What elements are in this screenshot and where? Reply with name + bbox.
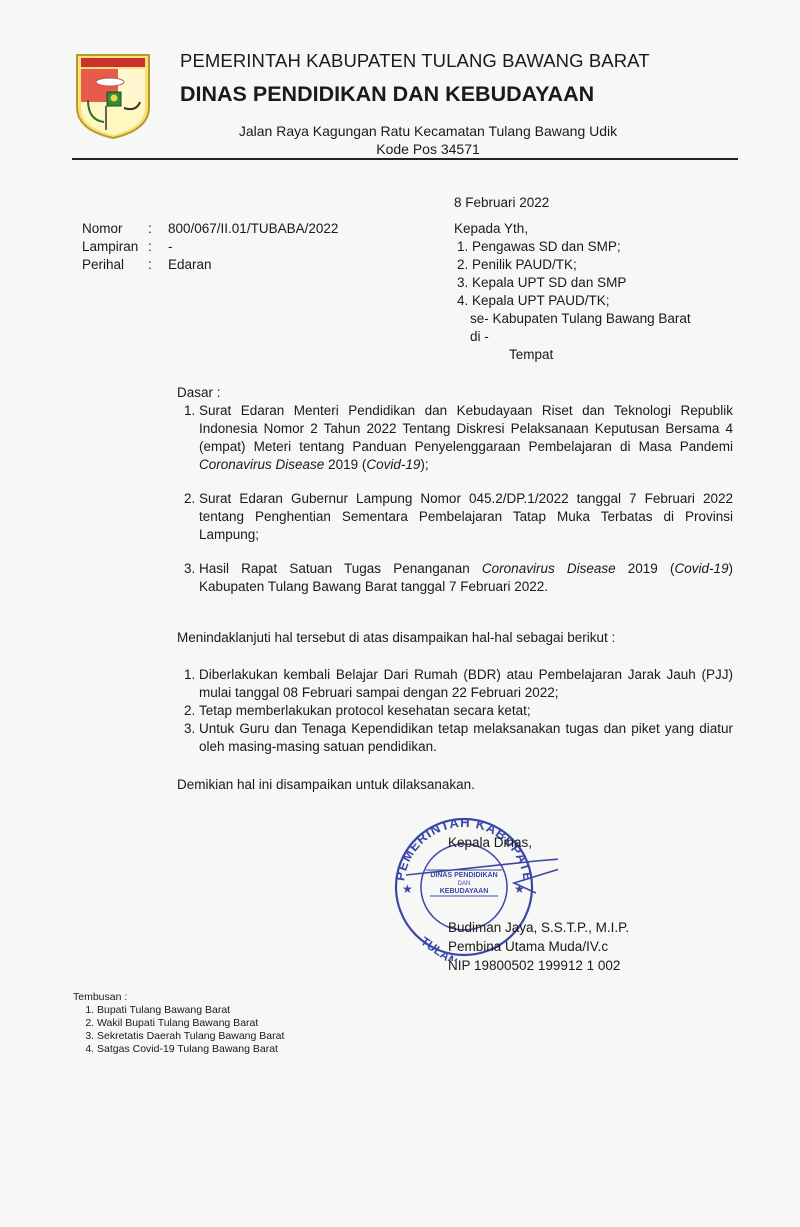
tembusan-item: Satgas Covid-19 Tulang Bawang Barat [97, 1043, 284, 1056]
recipient-item: Pengawas SD dan SMP; [472, 238, 754, 256]
meta-row-perihal: Perihal : Edaran [82, 256, 338, 274]
signatory-title: Kepala Dinas, [448, 835, 532, 850]
signatory-rank: Pembina Utama Muda/IV.c [448, 937, 629, 956]
recipients-scope: se- Kabupaten Tulang Bawang Barat [454, 310, 754, 328]
svg-text:DAN: DAN [458, 881, 471, 887]
tembusan-section: Tembusan : Bupati Tulang Bawang Barat Wa… [73, 991, 284, 1056]
tembusan-item: Wakil Bupati Tulang Bawang Barat [97, 1017, 284, 1030]
signatory-name: Budiman Jaya, S.S.T.P., M.I.P. [448, 918, 629, 937]
recipients-place: Tempat [454, 346, 754, 364]
postal-code: Kode Pos 34571 [0, 141, 800, 157]
tembusan-item: Sekretatis Daerah Tulang Bawang Barat [97, 1030, 284, 1043]
recipient-item: Penilik PAUD/TK; [472, 256, 754, 274]
action-item: Untuk Guru dan Tenaga Kependidikan tetap… [199, 720, 733, 756]
letter-meta: Nomor : 800/067/II.01/TUBABA/2022 Lampir… [82, 220, 338, 274]
signatory-nip: NIP 19800502 199912 1 002 [448, 956, 629, 975]
meta-row-lampiran: Lampiran : - [82, 238, 338, 256]
dasar-item: Hasil Rapat Satuan Tugas Penanganan Coro… [199, 560, 733, 596]
tembusan-heading: Tembusan : [73, 991, 284, 1004]
tembusan-item: Bupati Tulang Bawang Barat [97, 1004, 284, 1017]
letter-date: 8 Februari 2022 [454, 194, 549, 212]
government-name: PEMERINTAH KABUPATEN TULANG BAWANG BARAT [180, 50, 650, 72]
dasar-item: Surat Edaran Gubernur Lampung Nomor 045.… [199, 490, 733, 544]
closing-text: Demikian hal ini disampaikan untuk dilak… [177, 776, 733, 794]
recipient-item: Kepala UPT SD dan SMP [472, 274, 754, 292]
svg-text:DINAS PENDIDIKAN: DINAS PENDIDIKAN [430, 872, 497, 879]
letterhead-divider [72, 158, 738, 160]
dasar-section: Dasar : Surat Edaran Menteri Pendidikan … [177, 384, 733, 612]
recipients-di: di - [454, 328, 754, 346]
agency-name: DINAS PENDIDIKAN DAN KEBUDAYAAN [180, 82, 594, 107]
recipients-greeting: Kepada Yth, [454, 220, 754, 238]
dasar-item: Surat Edaran Menteri Pendidikan dan Kebu… [199, 402, 733, 474]
follow-up-text: Menindaklanjuti hal tersebut di atas dis… [177, 629, 733, 647]
svg-text:★: ★ [402, 882, 413, 896]
recipient-item: Kepala UPT PAUD/TK; [472, 292, 754, 310]
action-item: Diberlakukan kembali Belajar Dari Rumah … [199, 666, 733, 702]
recipients-block: Kepada Yth, Pengawas SD dan SMP; Penilik… [454, 220, 754, 364]
action-item: Tetap memberlakukan protocol kesehatan s… [199, 702, 733, 720]
meta-row-nomor: Nomor : 800/067/II.01/TUBABA/2022 [82, 220, 338, 238]
svg-text:KEBUDAYAAN: KEBUDAYAAN [440, 888, 489, 895]
agency-address: Jalan Raya Kagungan Ratu Kecamatan Tulan… [0, 123, 800, 139]
dasar-heading: Dasar : [177, 384, 733, 402]
letter-number: 800/067/II.01/TUBABA/2022 [168, 220, 338, 238]
signatory-block: Budiman Jaya, S.S.T.P., M.I.P. Pembina U… [448, 918, 629, 975]
actions-section: Diberlakukan kembali Belajar Dari Rumah … [177, 666, 733, 756]
